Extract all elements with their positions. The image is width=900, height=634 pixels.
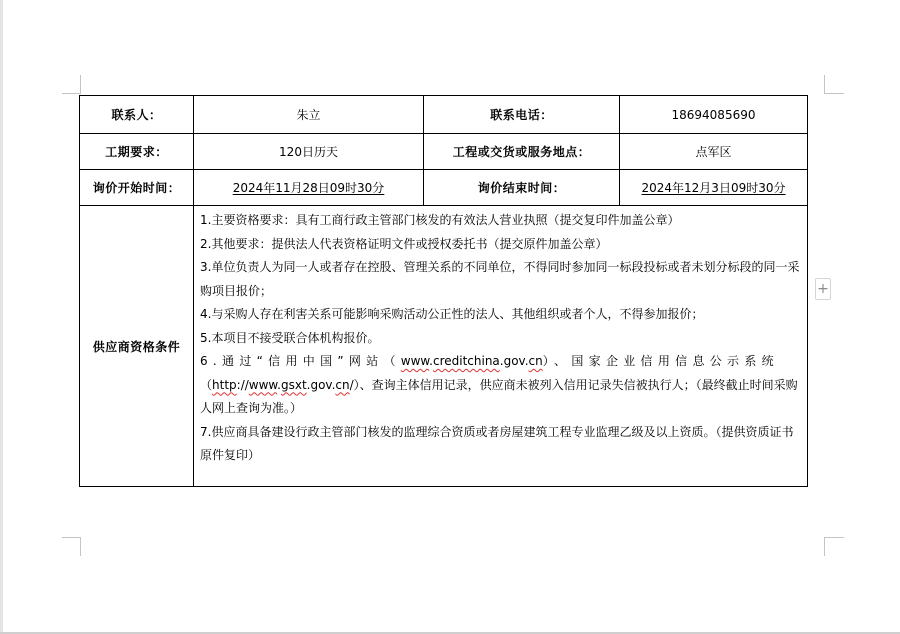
creditchina-url-part-www[interactable]: www	[401, 354, 429, 368]
creditchina-url-part-domain[interactable]: creditchina	[433, 354, 500, 368]
crop-mark-bottom-right-h	[825, 537, 844, 538]
gsxt-url-end: /）	[350, 378, 360, 392]
crop-mark-top-right-v	[824, 75, 825, 94]
gsxt-paren-open: （	[200, 378, 212, 392]
qualification-item-7: 7.供应商具备建设行政主管部门核发的监理综合资质或者房屋建筑工程专业监理乙级及以…	[200, 421, 803, 468]
crop-mark-top-left-h	[62, 93, 81, 94]
crop-mark-top-left-v	[80, 75, 81, 94]
contact-person-label: 联系人：	[80, 96, 194, 134]
table-row-schedule: 工期要求： 120日历天 工程或交货或服务地点： 点军区	[80, 134, 808, 170]
contact-phone-label: 联系电话：	[424, 96, 620, 134]
gsxt-url-gov: .gov.	[307, 378, 336, 392]
item6-prefix: 6.通过“信用中国”网站（	[200, 354, 401, 368]
contact-person-value[interactable]: 朱立	[194, 96, 424, 134]
qualification-item-1: 1.主要资格要求：具有工商行政主管部门核发的有效法人营业执照（提交复印件加盖公章…	[200, 209, 803, 233]
qualifications-label: 供应商资格条件	[80, 206, 194, 487]
crop-mark-bottom-left-v	[80, 537, 81, 556]
inquiry-end-value[interactable]: 2024年12月3日09时30分	[620, 170, 808, 206]
duration-label: 工期要求：	[80, 134, 194, 170]
procurement-info-table: 联系人： 朱立 联系电话： 18694085690 工期要求： 120日历天 工…	[79, 95, 808, 487]
inquiry-end-text: 2024年12月3日09时30分	[642, 181, 786, 195]
creditchina-url-part-cn[interactable]: cn	[529, 354, 543, 368]
item6-middle: ）、国家企业信用信息公示系统	[543, 354, 779, 368]
qualification-item-6: 6.通过“信用中国”网站（www.creditchina.gov.cn）、国家企…	[200, 350, 803, 421]
inquiry-start-text: 2024年11月28日09时30分	[233, 181, 385, 195]
contact-phone-value[interactable]: 18694085690	[620, 96, 808, 134]
table-row-inquiry-time: 询价开始时间： 2024年11月28日09时30分 询价结束时间： 2024年1…	[80, 170, 808, 206]
inquiry-end-label: 询价结束时间：	[424, 170, 620, 206]
qualification-item-2: 2.其他要求：提供法人代表资格证明文件或授权委托书（提交原件加盖公章）	[200, 233, 803, 257]
qualification-item-5: 5.本项目不接受联合体机构报价。	[200, 327, 803, 351]
duration-value[interactable]: 120日历天	[194, 134, 424, 170]
gsxt-url-part-cn[interactable]: cn	[335, 378, 349, 392]
location-value[interactable]: 点军区	[620, 134, 808, 170]
inquiry-start-label: 询价开始时间：	[80, 170, 194, 206]
gsxt-url-part-domain[interactable]: gsxt	[281, 378, 307, 392]
gsxt-url-part-www[interactable]: www	[249, 378, 277, 392]
creditchina-url-gov: .gov.	[500, 354, 529, 368]
add-row-button[interactable]: +	[815, 278, 831, 300]
table-row-contact: 联系人： 朱立 联系电话： 18694085690	[80, 96, 808, 134]
gsxt-url-colon: ://	[237, 378, 249, 392]
qualification-item-3: 3.单位负责人为同一人或者存在控股、管理关系的不同单位，不得同时参加同一标段投标…	[200, 256, 803, 303]
crop-mark-bottom-left-h	[62, 537, 81, 538]
crop-mark-bottom-right-v	[824, 537, 825, 556]
plus-icon: +	[817, 281, 829, 297]
gsxt-url-part-http[interactable]: http	[212, 378, 237, 392]
location-label: 工程或交货或服务地点：	[424, 134, 620, 170]
inquiry-start-value[interactable]: 2024年11月28日09时30分	[194, 170, 424, 206]
qualification-item-4: 4.与采购人存在利害关系可能影响采购活动公正性的法人、其他组织或者个人，不得参加…	[200, 303, 803, 327]
crop-mark-top-right-h	[825, 93, 844, 94]
table-row-qualifications: 供应商资格条件 1.主要资格要求：具有工商行政主管部门核发的有效法人营业执照（提…	[80, 206, 808, 487]
qualifications-content[interactable]: 1.主要资格要求：具有工商行政主管部门核发的有效法人营业执照（提交复印件加盖公章…	[194, 206, 808, 487]
